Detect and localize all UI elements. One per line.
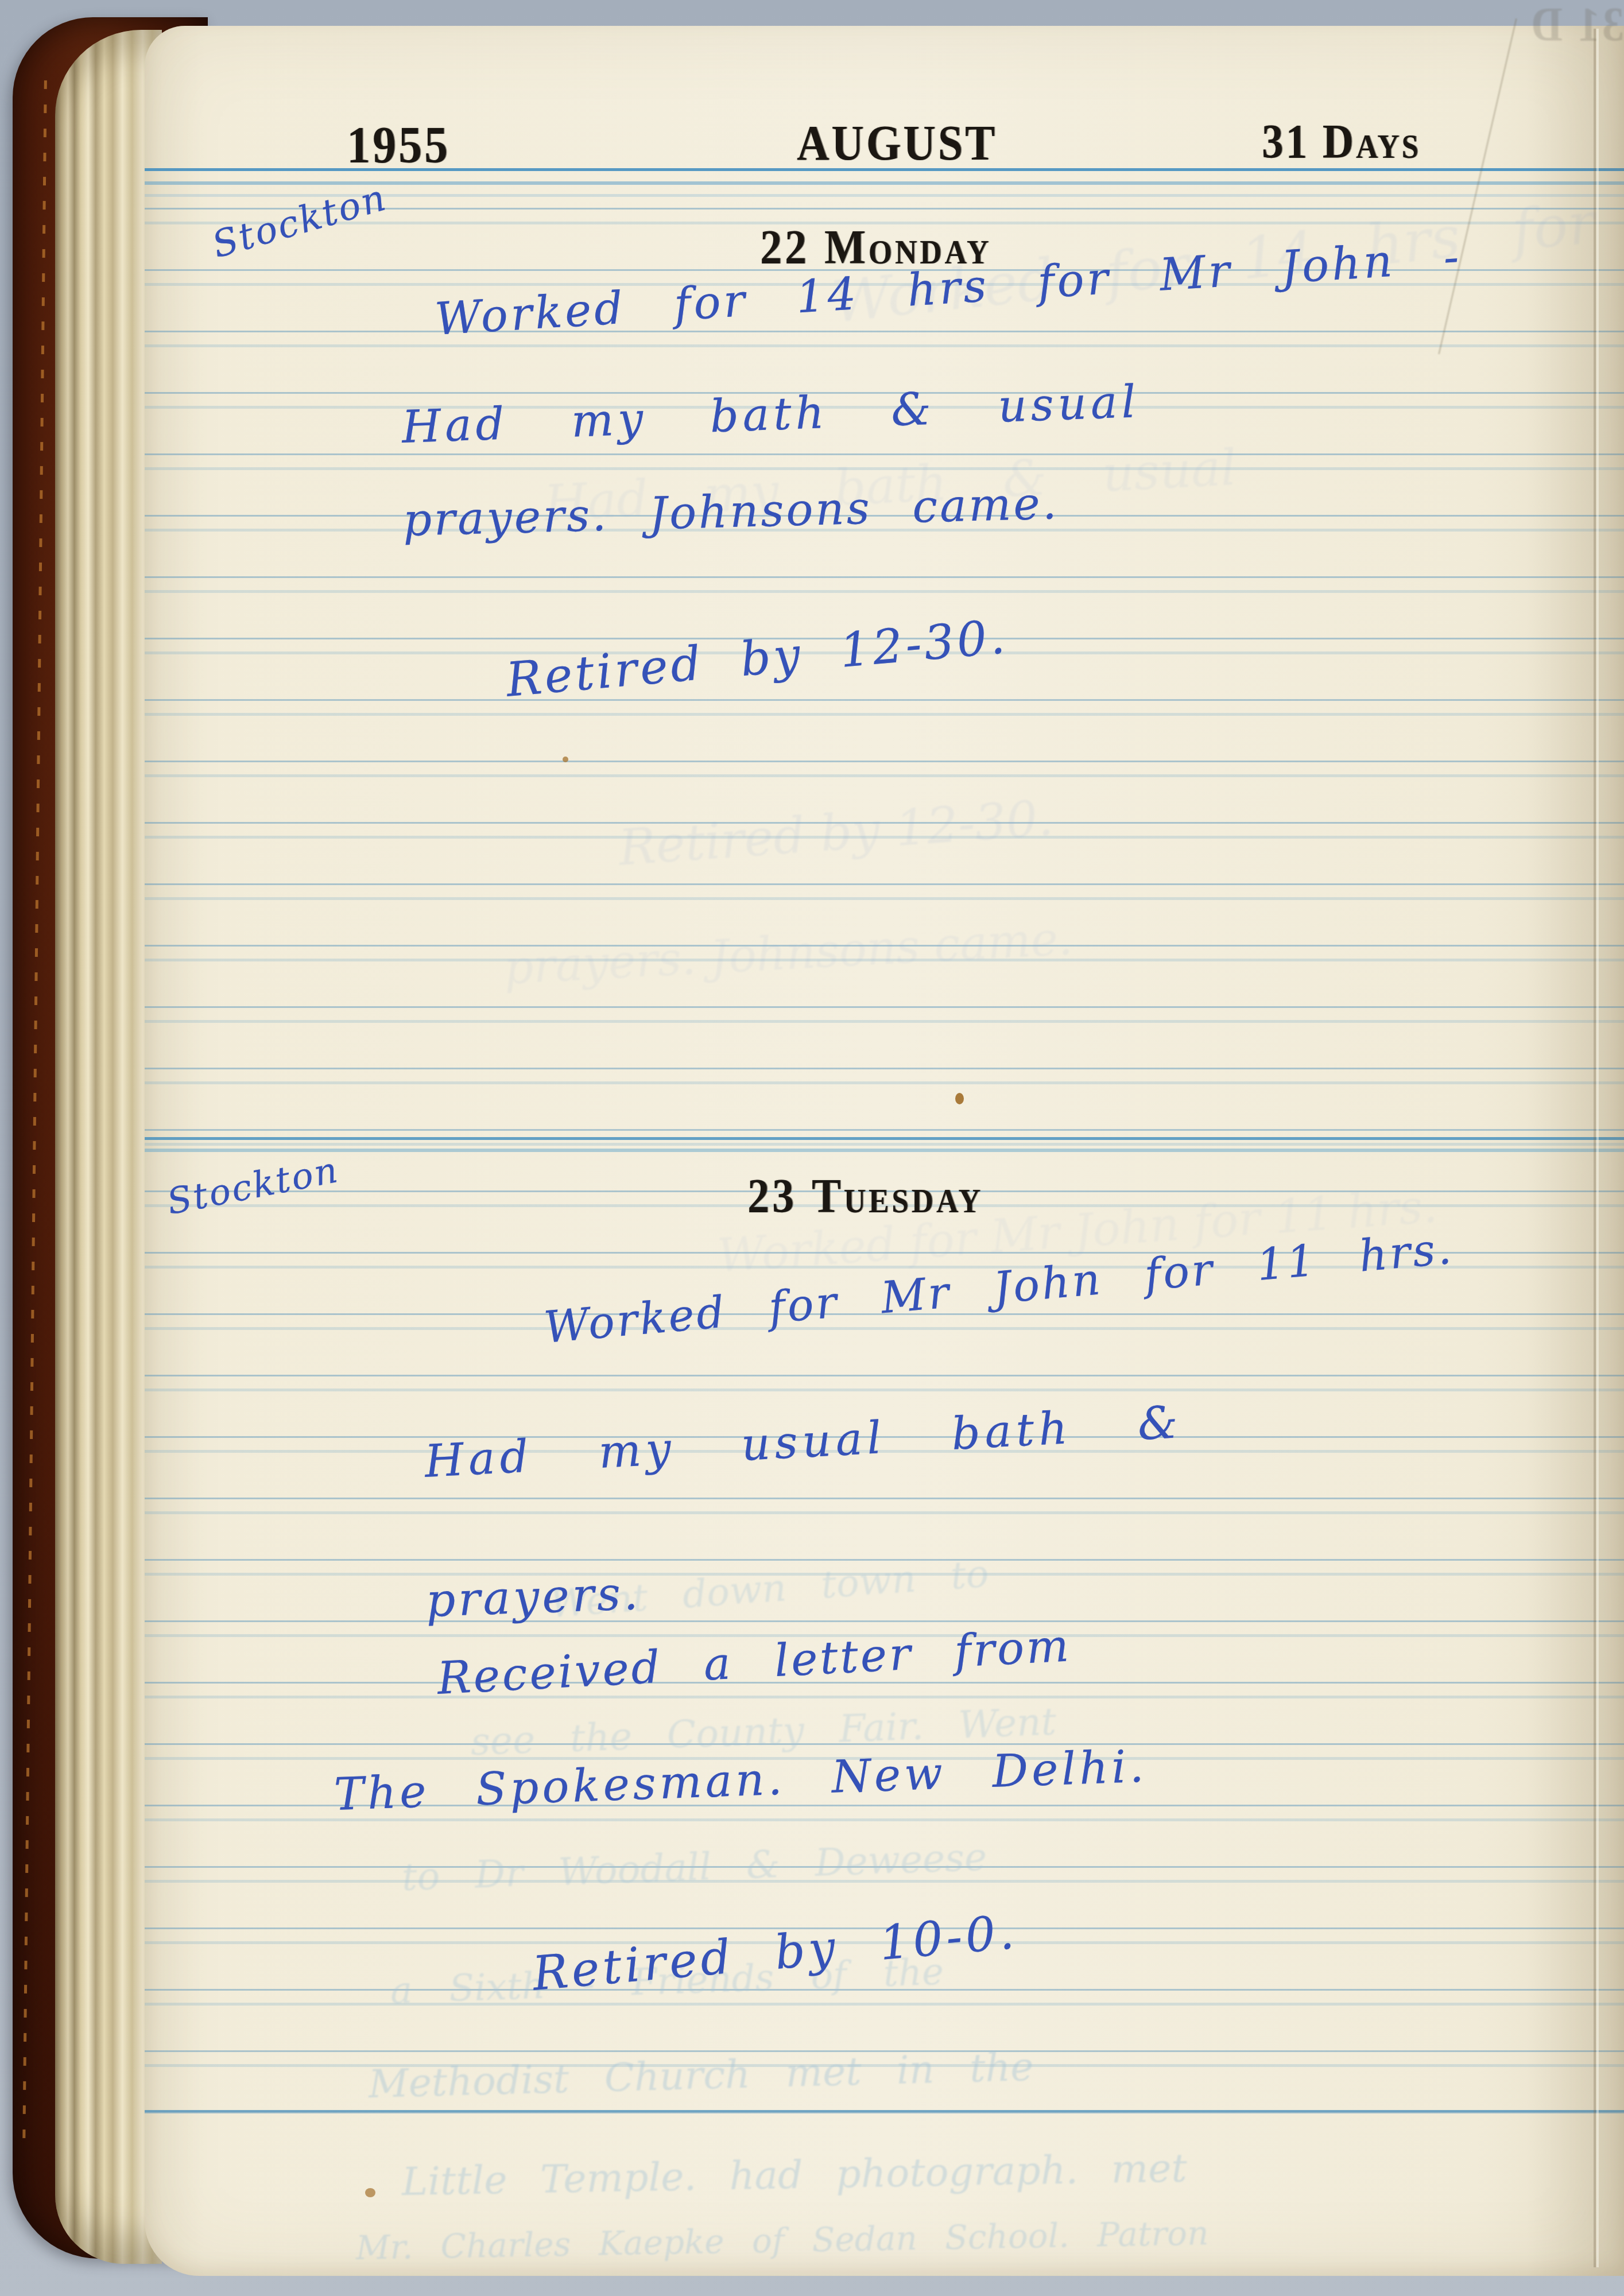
paper-speck (955, 1093, 964, 1104)
printed-date-number: 23 (747, 1169, 797, 1223)
printed-month: AUGUST (797, 114, 997, 172)
handwritten-line: prayers. (425, 1566, 641, 1627)
printed-day-heading-tuesday: 23Tuesday (747, 1169, 983, 1224)
page-crease (1594, 29, 1596, 2267)
printed-day-count: 31 Days (1262, 115, 1421, 170)
printed-rule-line (145, 1137, 1624, 1140)
paper-speck (365, 2188, 375, 2197)
printed-day-name: Tuesday (812, 1169, 983, 1223)
gutter-shading (1527, 26, 1624, 2276)
printed-year: 1955 (347, 115, 450, 175)
scanned-diary-photo: 31 D Worked for 14 hrs for Mr John - Had… (0, 0, 1624, 2296)
printed-rule-line (145, 1149, 1624, 1152)
paper-speck (563, 757, 568, 762)
printed-date-number: 22 (760, 220, 809, 274)
printed-rule-line (145, 2110, 1624, 2112)
bleedthrough-text: 31 D (0, 0, 1624, 53)
